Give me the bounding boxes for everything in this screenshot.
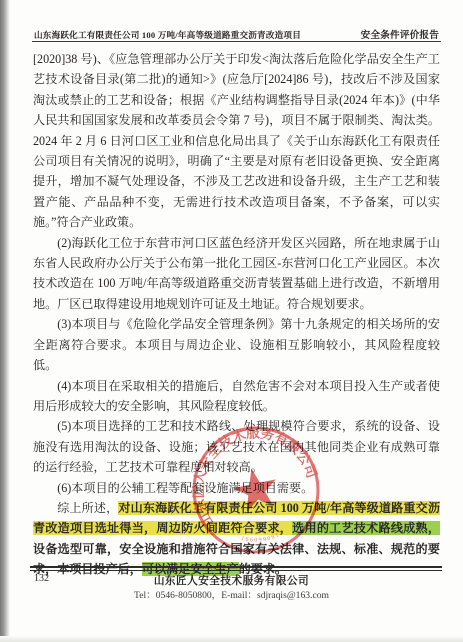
footer-rule-bottom bbox=[30, 570, 442, 571]
body-text: [2020]38 号)、《应急管理部办公厅关于印发<淘汰落后危险化学品安全生产工… bbox=[33, 49, 440, 580]
paragraph-6: (6)本项目的公辅工程等配套设施满足项目需要。 bbox=[33, 478, 440, 498]
paragraph-1: [2020]38 号)、《应急管理部办公厅关于印发<淘汰落后危险化学品安全生产工… bbox=[33, 49, 440, 233]
conclusion-intro: 综上所述， bbox=[57, 501, 118, 515]
footer-rule-top bbox=[30, 566, 442, 568]
paragraph-4: (4)本项目在采取相关的措施后，自然危害不会对本项目投入生产或者使用后形成较大的… bbox=[33, 376, 440, 417]
scan-edge-left bbox=[0, 0, 10, 642]
scan-edge-bottom bbox=[0, 636, 463, 642]
document-page: 山东海跃化工有限责任公司 100 万吨/年高等级道路重交沥青改造项目 安全条件评… bbox=[0, 0, 463, 642]
footer-contact-info: Tel：0546-8050800，E-mail：sdjraqis@163.com bbox=[0, 587, 463, 601]
paragraph-2: (2)海跃化工位于东营市河口区蓝色经济开发区兴园路，所在地隶属于山东省人民政府办… bbox=[33, 233, 440, 315]
header-report-title: 安全条件评价报告 bbox=[361, 27, 439, 41]
paragraph-5: (5)本项目选择的工艺和技术路线、处理规模符合要求，系统的设备、设施没有选用淘汰… bbox=[33, 416, 440, 477]
conclusion-highlight-green: 选用的工艺技术路线成熟， bbox=[292, 521, 440, 535]
paragraph-3: (3)本项目与《危险化学品安全管理条例》第十九条规定的相关场所的安全距离符合要求… bbox=[33, 314, 440, 375]
header-rule bbox=[32, 41, 441, 42]
header-project-title: 山东海跃化工有限责任公司 100 万吨/年高等级道路重交沥青改造项目 bbox=[34, 29, 301, 41]
page-header: 山东海跃化工有限责任公司 100 万吨/年高等级道路重交沥青改造项目 安全条件评… bbox=[34, 27, 439, 41]
footer-company-name: 山东匠人安全技术服务有限公司 bbox=[0, 573, 463, 588]
